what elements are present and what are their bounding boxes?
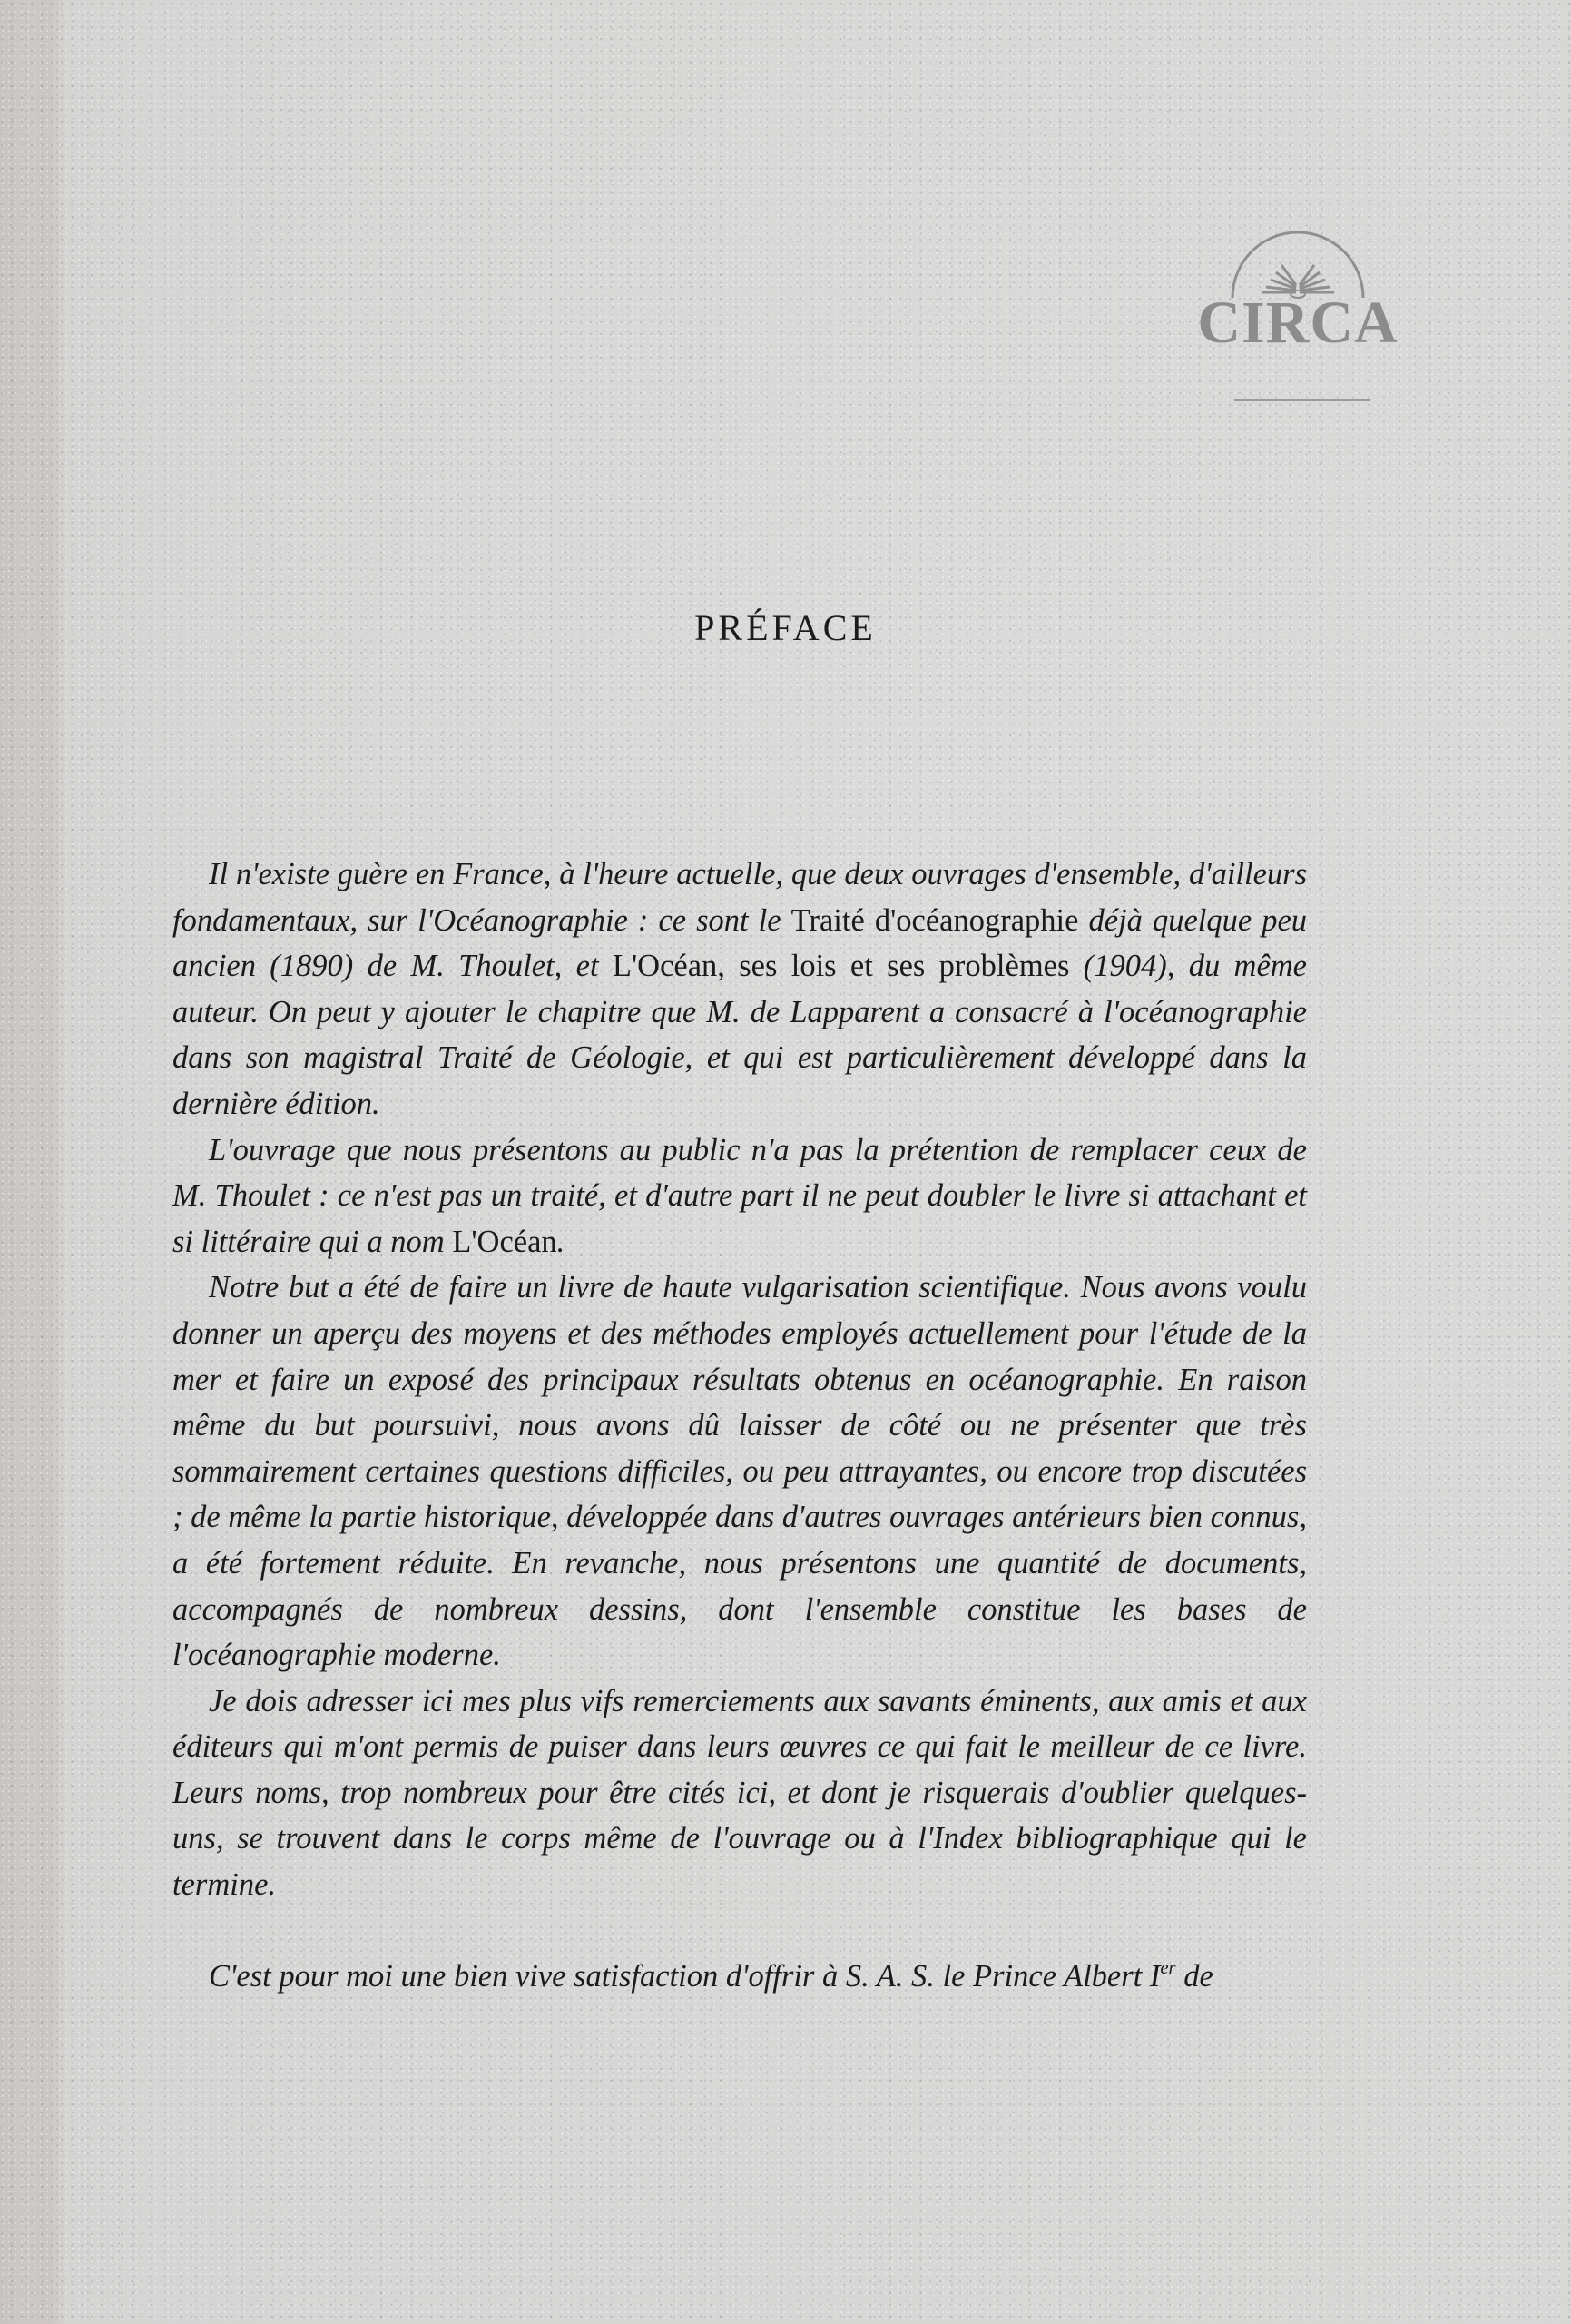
book-title-text: Traité d'océanographie [791, 903, 1079, 938]
book-page: CIRCA PRÉFACE Il n'existe guère en Franc… [0, 0, 1571, 2324]
paragraph: L'ouvrage que nous présentons au public … [172, 1128, 1307, 1265]
watermark-text: CIRCA [1180, 289, 1416, 358]
text-segment: C'est pour moi une bien vive satisfactio… [209, 1959, 1160, 1994]
preface-body: Il n'existe guère en France, à l'heure a… [172, 852, 1307, 1999]
paragraph: Notre but a été de faire un livre de hau… [172, 1265, 1307, 1678]
paragraph-gap [172, 1908, 1307, 1954]
text-segment: Je dois adresser ici mes plus vifs remer… [172, 1684, 1307, 1902]
text-segment: Notre but a été de faire un livre de hau… [172, 1270, 1307, 1672]
circa-watermark: CIRCA [1180, 227, 1416, 409]
book-title-text: L'Océan, ses lois et ses problèmes [613, 949, 1070, 983]
paragraph: Il n'existe guère en France, à l'heure a… [172, 852, 1307, 1128]
text-segment: er [1160, 1958, 1175, 1978]
watermark-rule [1234, 399, 1370, 401]
text-segment: L'ouvrage que nous présentons au public … [172, 1133, 1307, 1259]
text-segment: . [557, 1225, 565, 1259]
page-title: PRÉFACE [0, 606, 1571, 649]
paragraph: Je dois adresser ici mes plus vifs remer… [172, 1679, 1307, 1908]
paragraph: C'est pour moi une bien vive satisfactio… [172, 1954, 1307, 2000]
text-segment: de [1176, 1959, 1213, 1994]
book-title-text: L'Océan [452, 1225, 556, 1259]
